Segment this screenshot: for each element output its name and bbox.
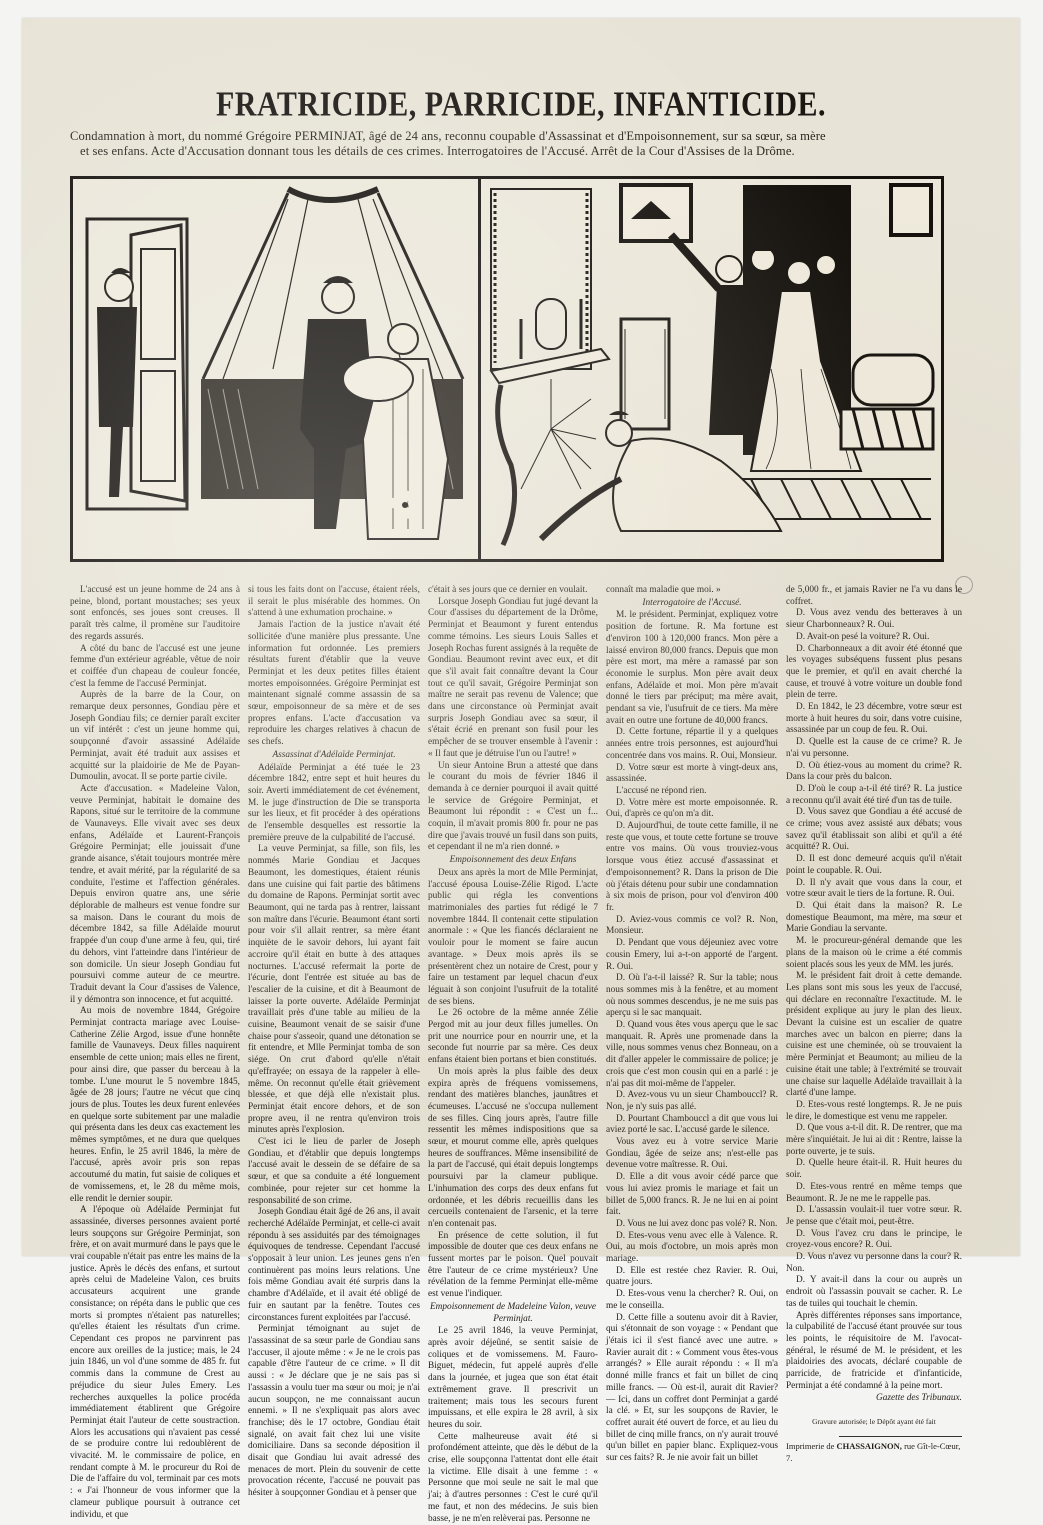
paragraph: Acte d'accusation. « Madeleine Valon, ve…	[70, 784, 240, 1006]
paragraph: D. Vous ne lui avez donc pas volé? R. No…	[606, 1219, 778, 1231]
paragraph: D. Charbonneaux a dit avoir été étonné q…	[786, 644, 962, 703]
subtitle-line-1: Condamnation à mort, du nommé Grégoire P…	[70, 129, 826, 143]
paragraph: D. Etes-vous resté longtemps. R. Je ne p…	[786, 1100, 962, 1123]
text-column-1: L'accusé est un jeune homme de 24 ans à …	[70, 585, 240, 1280]
paragraph: Le 26 octobre de la même année Zélie Per…	[428, 1008, 598, 1067]
page-title: FRATRICIDE, PARRICIDE, INFANTICIDE.	[22, 85, 1020, 124]
paragraph: D. Quelle heure était-il. R. Huit heures…	[786, 1158, 962, 1181]
paragraph: Joseph Gondiau était âgé de 26 ans, il a…	[248, 1207, 420, 1280]
section-heading: Assassinat d'Adélaïde Perminjat.	[248, 750, 420, 762]
paragraph: A l'époque où Adélaïde Perminjat fut ass…	[70, 1205, 240, 1280]
kitchen-scene-illustration	[478, 176, 944, 562]
paragraph: de 5,000 fr., et jamais Ravier ne l'a vu…	[786, 585, 962, 608]
paragraph: D. Pourtant Chambouccl a dit que vous lu…	[606, 1114, 778, 1137]
paragraph: D. Vous savez que Gondiau a été accusé d…	[786, 807, 962, 854]
paragraph: M. le président. Perminjat, expliquez vo…	[606, 610, 778, 727]
paragraph: Vous avez eu à votre service Marie Gondi…	[606, 1137, 778, 1172]
paragraph: Un sieur Antoine Brun a attesté que dans…	[428, 761, 598, 855]
woodcut-kitchen-image	[481, 179, 941, 559]
subtitle-line-2: et ses enfans. Acte d'Accusation donnant…	[70, 144, 960, 159]
paragraph: C'est ici le lieu de parler de Joseph Go…	[248, 1137, 420, 1207]
paragraph: D. D'où le coup a-t-il été tiré? R. La j…	[786, 784, 962, 807]
paragraph: Adélaïde Perminjat a été tuée le 23 déce…	[248, 763, 420, 845]
paragraph: M. le président fait droit à cette deman…	[786, 971, 962, 1100]
paragraph: D. Votre sœur est morte à vingt-deux ans…	[606, 763, 778, 786]
paragraph: Jamais l'action de la justice n'avait ét…	[248, 620, 420, 749]
text-column-4: connaît ma maladie que moi. » Interrogat…	[606, 585, 778, 1280]
paragraph: c'était à ses jours que ce dernier en vo…	[428, 585, 598, 597]
section-heading: Empoisonnement des deux Enfans	[428, 855, 598, 867]
paragraph: D. Que vous a-t-il dit. R. De rentrer, q…	[786, 1123, 962, 1158]
text-column-2: si tous les faits dont on l'accuse, étai…	[248, 585, 420, 1280]
paragraph: D. Quand vous êtes vous aperçu que le sa…	[606, 1020, 778, 1090]
paragraph: D. Vous avez vendu des betteraves à un s…	[786, 608, 962, 631]
woodcut-bedroom-image	[73, 179, 479, 559]
paragraph: D. Aujourd'hui, de toute cette famille, …	[606, 821, 778, 915]
paragraph: D. Elle est restée chez Ravier. R. Oui, …	[606, 1266, 778, 1280]
paragraph: A côté du banc de l'accusé est une jeune…	[70, 644, 240, 691]
paragraph: D. Où étiez-vous au moment du crime? R. …	[786, 761, 962, 784]
paragraph: En présence de cette solution, il fut im…	[428, 1231, 598, 1280]
paragraph: D. Cette fortune, répartie il y a quelqu…	[606, 727, 778, 762]
paragraph: si tous les faits dont on l'accuse, étai…	[248, 585, 420, 620]
text-column-5: de 5,000 fr., et jamais Ravier ne l'a vu…	[786, 585, 962, 1280]
paragraph: D. Vous n'avez vu personne dans la cour?…	[786, 1252, 962, 1275]
paragraph: D. Elle a dit vous avoir cédé parce que …	[606, 1172, 778, 1219]
paragraph: D. Il est donc demeuré acquis qu'il n'ét…	[786, 854, 962, 877]
bedroom-scene-illustration	[70, 176, 482, 562]
section-heading: Interrogatoire de l'Accusé.	[606, 598, 778, 610]
paragraph: D. Pendant que vous déjeuniez avec votre…	[606, 938, 778, 973]
paragraph: D. Il n'y avait que vous dans la cour, e…	[786, 878, 962, 901]
paragraph: M. le procureur-général demande que les …	[786, 936, 962, 971]
paragraph: D. Vous l'avez cru dans le principe, le …	[786, 1229, 962, 1252]
paragraph: D. Aviez-vous commis ce vol? R. Non, Mon…	[606, 915, 778, 938]
paragraph: D. Avait-on pesé la voiture? R. Oui.	[786, 632, 962, 644]
paragraph: La veuve Perminjat, sa fille, son fils, …	[248, 844, 420, 1137]
text-column-3: c'était à ses jours que ce dernier en vo…	[428, 585, 598, 1280]
paragraph: D. Où l'a-t-il laissé? R. Sur la table; …	[606, 973, 778, 1020]
paragraph: Au mois de novembre 1844, Grégoire Permi…	[70, 1006, 240, 1205]
paragraph: Un mois après la plus faible des deux ex…	[428, 1067, 598, 1231]
subtitle: Condamnation à mort, du nommé Grégoire P…	[70, 129, 960, 159]
paragraph: D. Qui était dans la maison? R. Le domes…	[786, 901, 962, 936]
paragraph: D. Y avait-il dans la cour ou auprès un …	[786, 1275, 962, 1280]
paragraph: D. En 1842, le 23 décembre, votre sœur e…	[786, 702, 962, 737]
paragraph: D. Quelle est la cause de ce crime? R. J…	[786, 737, 962, 760]
paragraph: Auprès de la barre de la Cour, on remarq…	[70, 690, 240, 784]
paragraph: D. Etes-vous venu avec elle à Valence. R…	[606, 1231, 778, 1266]
paragraph: connaît ma maladie que moi. »	[606, 585, 778, 597]
paragraph: Deux ans après la mort de Mlle Perminjat…	[428, 868, 598, 1008]
paragraph: D. Votre mère est morte empoisonnée. R. …	[606, 798, 778, 821]
paragraph: D. Avez-vous vu un sieur Chambouccl? R. …	[606, 1090, 778, 1113]
paragraph: D. Etes-vous rentré en même temps que Be…	[786, 1182, 962, 1205]
paragraph: L'accusé ne répond rien.	[606, 786, 778, 798]
paragraph: L'accusé est un jeune homme de 24 ans à …	[70, 585, 240, 644]
broadside-sheet: FRATRICIDE, PARRICIDE, INFANTICIDE. Cond…	[22, 18, 1020, 1256]
paragraph: D. L'assassin voulait-il tuer votre sœur…	[786, 1205, 962, 1228]
paragraph: Lorsque Joseph Gondiau fut jugé devant l…	[428, 597, 598, 761]
